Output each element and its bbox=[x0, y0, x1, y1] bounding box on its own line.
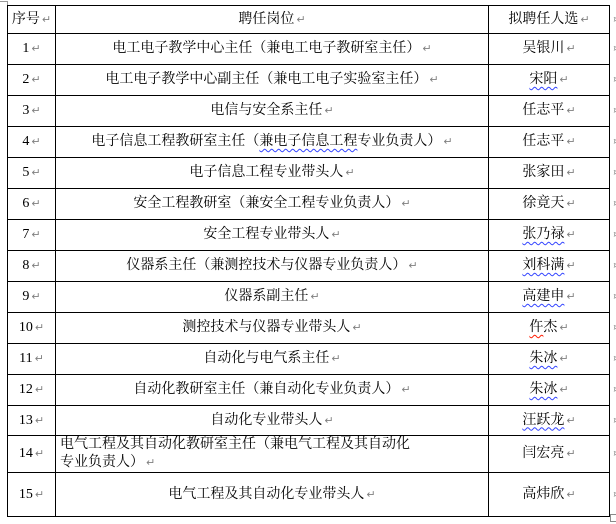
cell-row-number[interactable]: 1↵ bbox=[8, 34, 56, 65]
row-number: 15 bbox=[19, 487, 33, 502]
row-number: 6 bbox=[22, 196, 29, 211]
cell-position[interactable]: 仪器系主任（兼测控技术与仪器专业负责人）↵ bbox=[56, 251, 489, 282]
table-end-marker bbox=[610, 514, 616, 522]
candidate-name-wavy: 朱冰 bbox=[529, 351, 557, 366]
paragraph-mark-icon: ↵ bbox=[566, 135, 575, 148]
paragraph-mark-icon: ↵ bbox=[35, 321, 44, 334]
paragraph-mark-icon: ↵ bbox=[31, 42, 40, 55]
candidate-name-wavy: 张乃禄 bbox=[522, 227, 564, 242]
cell-row-number[interactable]: 2↵ bbox=[8, 65, 56, 96]
cell-candidate[interactable]: 闫宏亮↵¤ bbox=[489, 436, 610, 473]
row-number: 7 bbox=[22, 227, 29, 242]
header-no-label: 序号 bbox=[12, 12, 40, 27]
paragraph-mark-icon: ↵ bbox=[559, 73, 568, 86]
candidate-name-wavy: 朱冰 bbox=[529, 382, 557, 397]
table-row: 8↵ 仪器系主任（兼测控技术与仪器专业负责人）↵ 刘科满↵¤ bbox=[8, 251, 610, 282]
paragraph-mark-icon: ↵ bbox=[42, 13, 51, 26]
candidate-name: 杰 bbox=[543, 320, 557, 335]
row-number: 11 bbox=[19, 351, 32, 366]
cell-position[interactable]: 测控技术与仪器专业带头人↵ bbox=[56, 313, 489, 344]
position-text: 安全工程专业带头人 bbox=[203, 227, 329, 242]
position-text: 电气工程及其自动化专业带头人 bbox=[168, 487, 364, 502]
position-text-wavy: 兼电子信息工程 bbox=[259, 134, 357, 149]
cell-position[interactable]: 电信与安全系主任↵ bbox=[56, 96, 489, 127]
paragraph-mark-icon: ↵ bbox=[35, 447, 44, 460]
cell-candidate[interactable]: 徐竟天↵¤ bbox=[489, 189, 610, 220]
table-row: 7↵ 安全工程专业带头人↵ 张乃禄↵¤ bbox=[8, 220, 610, 251]
table-row: 5↵ 电子信息工程专业带头人↵ 张家田↵¤ bbox=[8, 158, 610, 189]
paragraph-mark-icon: ↵ bbox=[566, 197, 575, 210]
position-text: 自动化教研室主任（兼自动化专业负责人） bbox=[133, 382, 399, 397]
cell-candidate[interactable]: 仵杰↵¤ bbox=[489, 313, 610, 344]
candidate-name-wavy: 宋阳 bbox=[529, 72, 557, 87]
row-number: 9 bbox=[22, 289, 29, 304]
table-row: 15↵ 电气工程及其自动化专业带头人↵ 高炜欣↵¤ bbox=[8, 473, 610, 517]
paragraph-mark-icon: ↵ bbox=[422, 42, 431, 55]
header-position-label: 聘任岗位 bbox=[238, 12, 294, 27]
cell-row-number[interactable]: 12↵ bbox=[8, 375, 56, 406]
candidate-name: 高炜欣 bbox=[522, 487, 564, 502]
table-row: 6↵ 安全工程教研室（兼安全工程专业负责人）↵ 徐竟天↵¤ bbox=[8, 189, 610, 220]
paragraph-mark-icon: ↵ bbox=[566, 228, 575, 241]
paragraph-mark-icon: ↵ bbox=[331, 228, 340, 241]
paragraph-mark-icon: ↵ bbox=[324, 414, 333, 427]
cell-position[interactable]: 电子信息工程教研室主任（兼电子信息工程专业负责人）↵ bbox=[56, 127, 489, 158]
paragraph-mark-icon: ↵ bbox=[31, 259, 40, 272]
document-page: { "table": { "headers": { "no": "序号", "p… bbox=[0, 0, 616, 524]
candidate-name: 任志平 bbox=[522, 134, 564, 149]
cell-position[interactable]: 自动化专业带头人↵ bbox=[56, 406, 489, 436]
row-number: 8 bbox=[22, 258, 29, 273]
paragraph-mark-icon: ↵ bbox=[324, 104, 333, 117]
cell-row-number[interactable]: 10↵ bbox=[8, 313, 56, 344]
paragraph-mark-icon: ↵ bbox=[566, 414, 575, 427]
position-text: 电信与安全系主任 bbox=[210, 103, 322, 118]
cell-position[interactable]: 电工电子教学中心主任（兼电工电子教研室主任）↵ bbox=[56, 34, 489, 65]
cell-row-number[interactable]: 8↵ bbox=[8, 251, 56, 282]
table-row: 9↵ 仪器系副主任↵ 高建申↵¤ bbox=[8, 282, 610, 313]
position-text: 电子信息工程专业带头人 bbox=[189, 165, 343, 180]
paragraph-mark-icon: ↵ bbox=[566, 447, 575, 460]
paragraph-mark-icon: ↵ bbox=[345, 166, 354, 179]
position-text: 安全工程教研室（兼安全工程专业负责人） bbox=[133, 196, 399, 211]
header-cell-no[interactable]: 序号↵ bbox=[8, 6, 56, 34]
paragraph-mark-icon: ↵ bbox=[31, 166, 40, 179]
row-number: 1 bbox=[22, 41, 29, 56]
cell-row-number[interactable]: 11↵ bbox=[8, 344, 56, 375]
paragraph-mark-icon: ↵ bbox=[566, 488, 575, 501]
paragraph-mark-icon: ↵ bbox=[443, 135, 452, 148]
cell-candidate[interactable]: 吴银川↵¤ bbox=[489, 34, 610, 65]
cell-position[interactable]: 自动化与电气系主任↵ bbox=[56, 344, 489, 375]
cell-position[interactable]: 电子信息工程专业带头人↵ bbox=[56, 158, 489, 189]
cell-position[interactable]: 安全工程专业带头人↵ bbox=[56, 220, 489, 251]
paragraph-mark-icon: ↵ bbox=[429, 73, 438, 86]
cell-position[interactable]: 自动化教研室主任（兼自动化专业负责人）↵ bbox=[56, 375, 489, 406]
paragraph-mark-icon: ↵ bbox=[296, 13, 305, 26]
row-number: 13 bbox=[19, 413, 33, 428]
row-number: 14 bbox=[19, 446, 33, 461]
candidate-name: 徐竟天 bbox=[522, 196, 564, 211]
cell-candidate[interactable]: 刘科满↵¤ bbox=[489, 251, 610, 282]
row-number: 2 bbox=[22, 72, 29, 87]
position-text: 自动化与电气系主任 bbox=[203, 351, 329, 366]
paragraph-mark-icon: ↵ bbox=[566, 166, 575, 179]
cell-candidate[interactable]: 任志平↵¤ bbox=[489, 96, 610, 127]
header-candidate-label: 拟聘任人选 bbox=[508, 12, 578, 27]
paragraph-mark-icon: ↵ bbox=[35, 414, 44, 427]
paragraph-mark-icon: ↵ bbox=[331, 352, 340, 365]
header-cell-position[interactable]: 聘任岗位↵ bbox=[56, 6, 489, 34]
table-row: 1↵ 电工电子教学中心主任（兼电工电子教研室主任）↵ 吴银川↵¤ bbox=[8, 34, 610, 65]
paragraph-mark-icon: ↵ bbox=[401, 383, 410, 396]
header-row: 序号↵ 聘任岗位↵ 拟聘任人选↵¤ bbox=[8, 6, 610, 34]
cell-candidate[interactable]: 高炜欣↵¤ bbox=[489, 473, 610, 517]
cell-candidate[interactable]: 朱冰↵¤ bbox=[489, 344, 610, 375]
candidate-name: 张家田 bbox=[522, 165, 564, 180]
table-row: 3↵ 电信与安全系主任↵ 任志平↵¤ bbox=[8, 96, 610, 127]
paragraph-mark-icon: ↵ bbox=[566, 104, 575, 117]
paragraph-mark-icon: ↵ bbox=[31, 228, 40, 241]
cell-row-number[interactable]: 13↵ bbox=[8, 406, 56, 436]
paragraph-mark-icon: ↵ bbox=[559, 321, 568, 334]
cell-candidate[interactable]: 张乃禄↵¤ bbox=[489, 220, 610, 251]
paragraph-mark-icon: ↵ bbox=[31, 104, 40, 117]
cell-candidate[interactable]: 张家田↵¤ bbox=[489, 158, 610, 189]
position-text: 电子信息工程教研室主任（ bbox=[91, 134, 259, 149]
position-text: 专业负责人） bbox=[357, 134, 441, 149]
table-row: 4↵ 电子信息工程教研室主任（兼电子信息工程专业负责人）↵ 任志平↵¤ bbox=[8, 127, 610, 158]
cell-position[interactable]: 电工电子教学中心副主任（兼电工电子实验室主任）↵ bbox=[56, 65, 489, 96]
row-number: 4 bbox=[22, 134, 29, 149]
position-text: 电工电子教学中心主任（兼电工电子教研室主任） bbox=[112, 41, 420, 56]
paragraph-mark-icon: ↵ bbox=[31, 290, 40, 303]
paragraph-mark-icon: ↵ bbox=[566, 290, 575, 303]
paragraph-mark-icon: ↵ bbox=[580, 13, 589, 26]
row-number: 3 bbox=[22, 103, 29, 118]
paragraph-mark-icon: ↵ bbox=[310, 290, 319, 303]
table-row: 10↵ 测控技术与仪器专业带头人↵ 仵杰↵¤ bbox=[8, 313, 610, 344]
cell-candidate[interactable]: 任志平↵¤ bbox=[489, 127, 610, 158]
cell-candidate[interactable]: 汪跃龙↵¤ bbox=[489, 406, 610, 436]
candidate-name: 任志平 bbox=[522, 103, 564, 118]
candidate-name-wavy: 汪跃龙 bbox=[522, 413, 564, 428]
paragraph-mark-icon: ↵ bbox=[566, 42, 575, 55]
cell-position[interactable]: 仪器系副主任↵ bbox=[56, 282, 489, 313]
table-row: 11↵ 自动化与电气系主任↵ 朱冰↵¤ bbox=[8, 344, 610, 375]
appointment-table: 序号↵ 聘任岗位↵ 拟聘任人选↵¤ 1↵ 电工电子教学中心主任（兼电工电子教研室… bbox=[7, 5, 610, 517]
paragraph-mark-icon: ↵ bbox=[35, 383, 44, 396]
cell-candidate[interactable]: 朱冰↵¤ bbox=[489, 375, 610, 406]
position-text: 仪器系主任（兼测控技术与仪器专业负责人） bbox=[126, 258, 406, 273]
position-text: 仪器系副主任 bbox=[224, 289, 308, 304]
cell-row-number[interactable]: 9↵ bbox=[8, 282, 56, 313]
paragraph-mark-icon: ↵ bbox=[408, 259, 417, 272]
cell-row-number[interactable]: 7↵ bbox=[8, 220, 56, 251]
cell-row-number[interactable]: 5↵ bbox=[8, 158, 56, 189]
row-number: 5 bbox=[22, 165, 29, 180]
cell-candidate[interactable]: 高建申↵¤ bbox=[489, 282, 610, 313]
position-text: 电工电子教学中心副主任（兼电工电子实验室主任） bbox=[105, 72, 427, 87]
paragraph-mark-icon: ↵ bbox=[352, 321, 361, 334]
table-row: 14↵ 电气工程及其自动化教研室主任（兼电气工程及其自动化专业负责人）↵ 闫宏亮… bbox=[8, 436, 610, 473]
position-text: 电气工程及其自动化教研室主任（兼电气工程及其自动化专业负责人） bbox=[60, 437, 410, 470]
cell-position[interactable]: 电气工程及其自动化教研室主任（兼电气工程及其自动化专业负责人）↵ bbox=[56, 436, 489, 473]
paragraph-mark-icon: ↵ bbox=[31, 197, 40, 210]
table-row: 12↵ 自动化教研室主任（兼自动化专业负责人）↵ 朱冰↵¤ bbox=[8, 375, 610, 406]
paragraph-mark-icon: ↵ bbox=[366, 488, 375, 501]
paragraph-mark-icon: ↵ bbox=[401, 197, 410, 210]
paragraph-mark-icon: ↵ bbox=[35, 488, 44, 501]
cell-row-number[interactable]: 6↵ bbox=[8, 189, 56, 220]
cell-row-number[interactable]: 14↵ bbox=[8, 436, 56, 473]
row-number: 10 bbox=[19, 320, 33, 335]
row-number: 12 bbox=[19, 382, 33, 397]
paragraph-mark-icon: ↵ bbox=[31, 73, 40, 86]
cell-position[interactable]: 电气工程及其自动化专业带头人↵ bbox=[56, 473, 489, 517]
candidate-name: 闫宏亮 bbox=[522, 446, 564, 461]
cell-candidate[interactable]: 宋阳↵¤ bbox=[489, 65, 610, 96]
candidate-name: 吴银川 bbox=[522, 41, 564, 56]
cell-row-number[interactable]: 15↵ bbox=[8, 473, 56, 517]
cell-position[interactable]: 安全工程教研室（兼安全工程专业负责人）↵ bbox=[56, 189, 489, 220]
paragraph-mark-icon: ↵ bbox=[559, 352, 568, 365]
paragraph-mark-icon: ↵ bbox=[31, 135, 40, 148]
candidate-name-wavy: 刘科满 bbox=[522, 258, 564, 273]
position-text: 测控技术与仪器专业带头人 bbox=[182, 320, 350, 335]
position-text: 自动化专业带头人 bbox=[210, 413, 322, 428]
table-row: 2↵ 电工电子教学中心副主任（兼电工电子实验室主任）↵ 宋阳↵¤ bbox=[8, 65, 610, 96]
table-row: 13↵ 自动化专业带头人↵ 汪跃龙↵¤ bbox=[8, 406, 610, 436]
paragraph-mark-icon: ↵ bbox=[559, 383, 568, 396]
candidate-name-wavy: 仵 bbox=[529, 320, 543, 335]
cell-row-number[interactable]: 4↵ bbox=[8, 127, 56, 158]
paragraph-mark-icon: ↵ bbox=[35, 352, 44, 365]
header-cell-candidate[interactable]: 拟聘任人选↵¤ bbox=[489, 6, 610, 34]
candidate-name-wavy: 高建申 bbox=[522, 289, 564, 304]
paragraph-mark-icon: ↵ bbox=[566, 259, 575, 272]
paragraph-mark-icon: ↵ bbox=[146, 456, 155, 469]
cell-row-number[interactable]: 3↵ bbox=[8, 96, 56, 127]
